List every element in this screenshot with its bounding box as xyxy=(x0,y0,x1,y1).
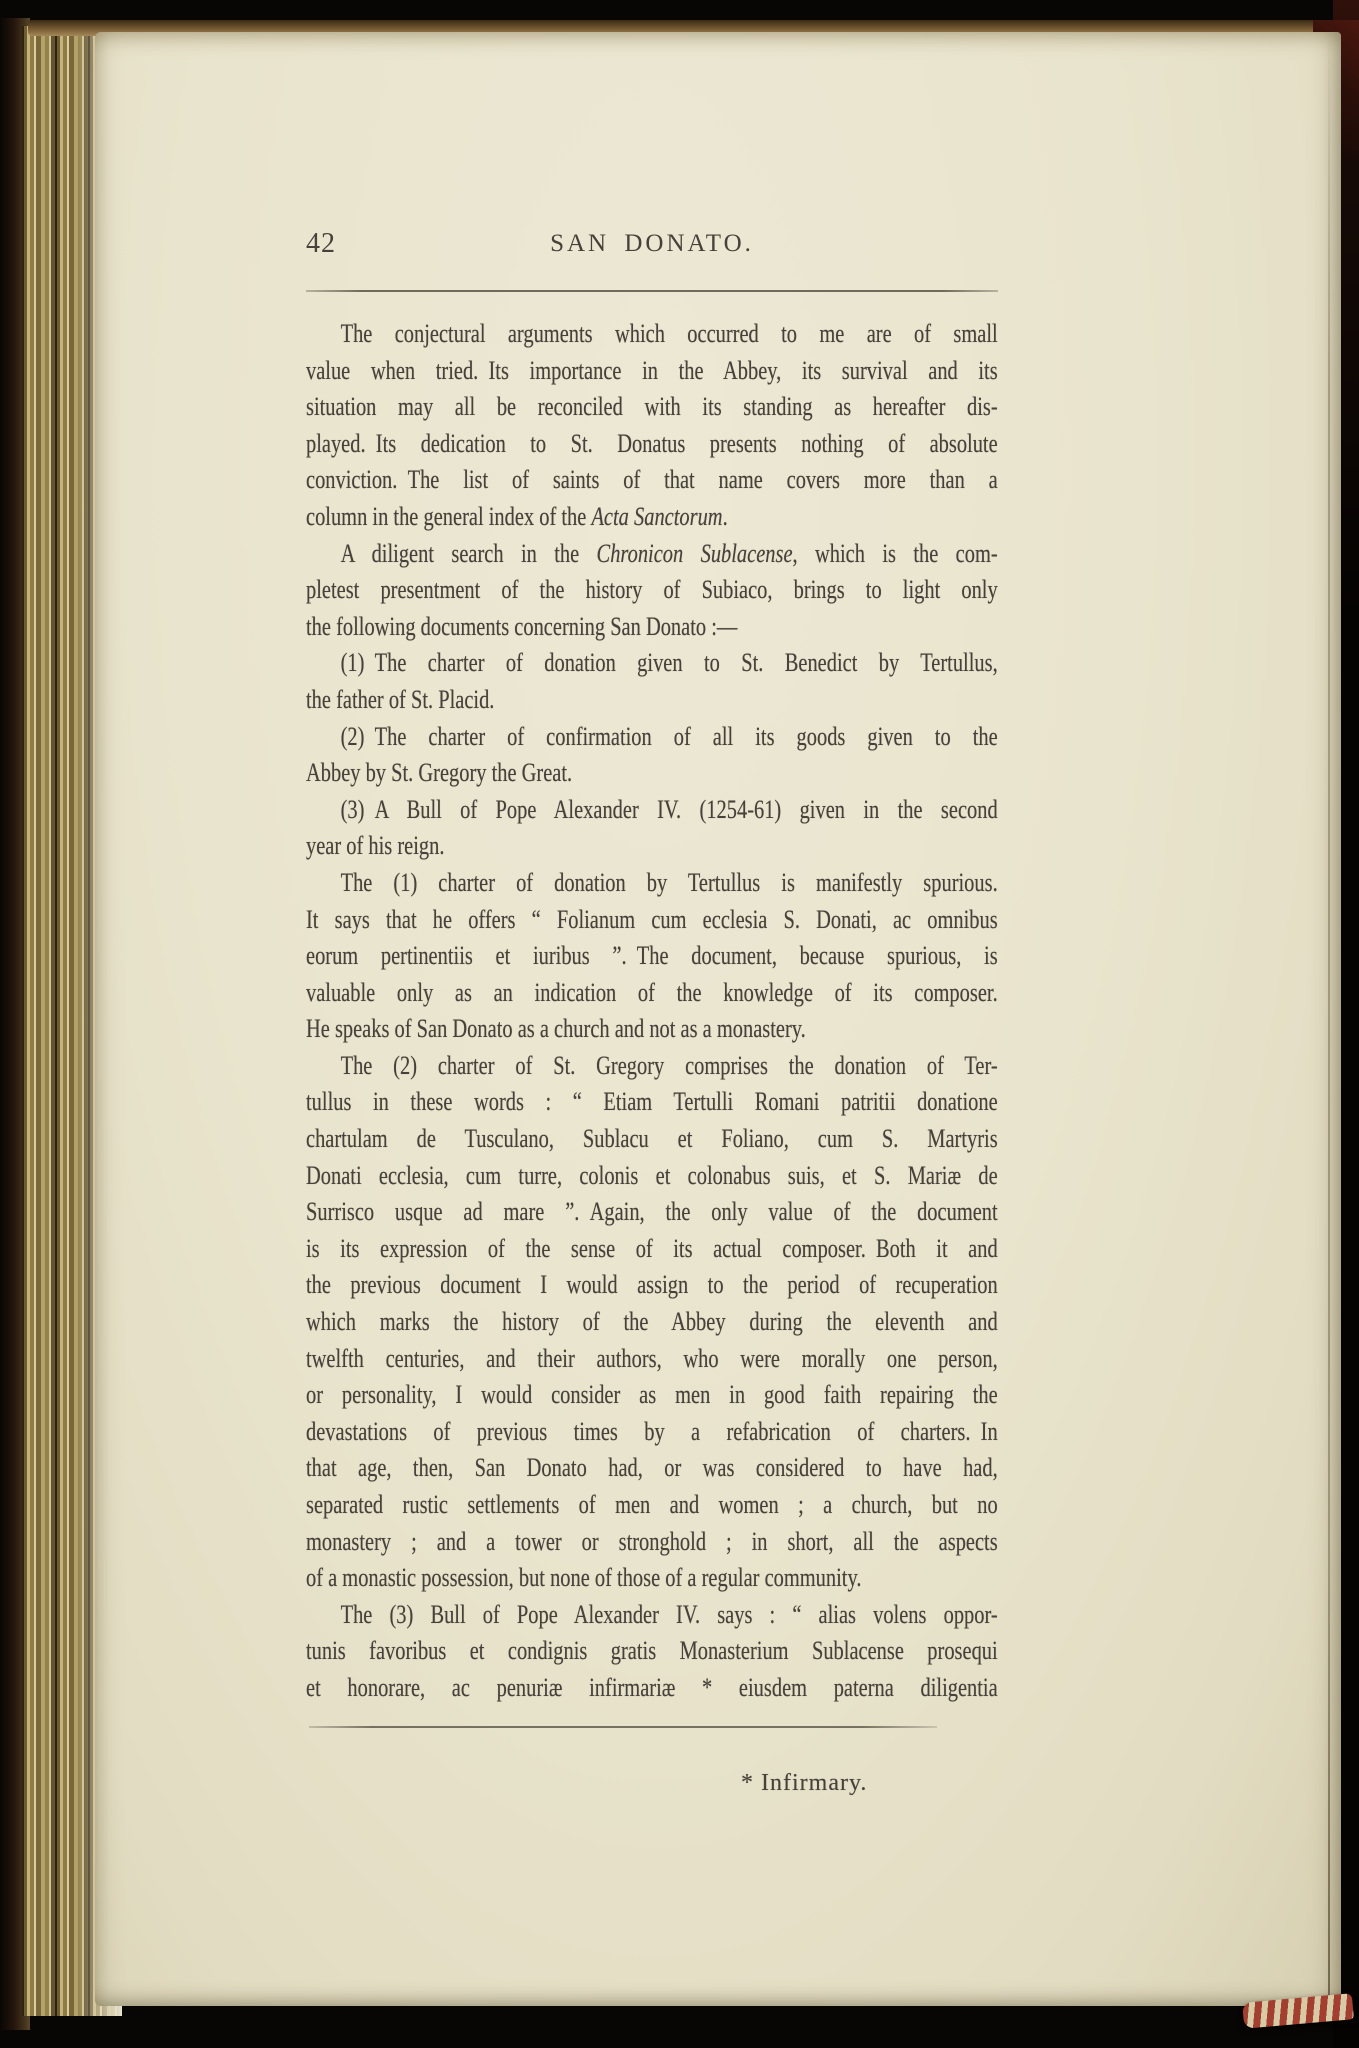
text-line: or personality, I would consider as men … xyxy=(306,1377,998,1414)
text-segment: of a monastic possession, but none of th… xyxy=(306,1563,861,1592)
text-segment: . xyxy=(723,502,728,531)
text-line: (3) A Bull of Pope Alexander IV. (1254-6… xyxy=(306,792,998,829)
text-segment: tunis favoribus et condignis gratis Mona… xyxy=(306,1636,998,1665)
text-segment: conviction. The list of saints of that n… xyxy=(306,465,998,494)
text-segment: column in the general index of the xyxy=(306,502,591,531)
text-segment: monastery ; and a tower or stronghold ; … xyxy=(306,1527,998,1556)
text-line: Surrisco usque ad mare ”. Again, the onl… xyxy=(306,1194,998,1231)
text-line: et honorare, ac penuriæ infirmariæ * eiu… xyxy=(306,1670,998,1707)
text-segment: is its expression of the sense of its ac… xyxy=(306,1234,998,1263)
text-line: which marks the history of the Abbey dur… xyxy=(306,1304,998,1341)
text-line: played. Its dedication to St. Donatus pr… xyxy=(306,426,998,463)
footnote-text: * Infirmary. xyxy=(741,1770,867,1797)
text-segment: or personality, I would consider as men … xyxy=(306,1380,998,1409)
text-line: that age, then, San Donato had, or was c… xyxy=(306,1450,998,1487)
footnote-rule xyxy=(309,1726,937,1728)
text-segment: Donati ecclesia, cum turre, colonis et c… xyxy=(306,1161,998,1190)
text-line: column in the general index of the Acta … xyxy=(306,499,998,536)
page-header: 42 SAN DONATO. xyxy=(306,228,998,264)
text-segment: He speaks of San Donato as a church and … xyxy=(306,1014,806,1043)
text-segment: valuable only as an indication of the kn… xyxy=(306,978,998,1007)
text-line: the previous document I would assign to … xyxy=(306,1267,998,1304)
text-line: Abbey by St. Gregory the Great. xyxy=(306,755,998,792)
text-line: tunis favoribus et condignis gratis Mona… xyxy=(306,1633,998,1670)
text-segment: tullus in these words : “ Etiam Tertulli… xyxy=(306,1087,998,1116)
text-segment: A diligent search in the xyxy=(341,539,597,568)
text-segment: the following documents concerning San D… xyxy=(306,612,737,641)
text-line: (2) The charter of confirmation of all i… xyxy=(306,719,998,756)
text-line: The (1) charter of donation by Tertullus… xyxy=(306,865,998,902)
text-line: Donati ecclesia, cum turre, colonis et c… xyxy=(306,1158,998,1195)
text-line: The (2) charter of St. Gregory comprises… xyxy=(306,1048,998,1085)
text-segment: (3) A Bull of Pope Alexander IV. (1254-6… xyxy=(341,795,998,824)
text-segment: value when tried. Its importance in the … xyxy=(306,356,998,385)
text-line: The (3) Bull of Pope Alexander IV. says … xyxy=(306,1597,998,1634)
text-line: chartulam de Tusculano, Sublacu et Folia… xyxy=(306,1121,998,1158)
text-line: pletest presentment of the history of Su… xyxy=(306,572,998,609)
text-segment: et honorare, ac penuriæ infirmariæ * eiu… xyxy=(306,1673,998,1702)
text-line: monastery ; and a tower or stronghold ; … xyxy=(306,1524,998,1561)
text-segment: twelfth centuries, and their authors, wh… xyxy=(306,1344,998,1373)
text-segment: Surrisco usque ad mare ”. Again, the onl… xyxy=(306,1197,998,1226)
italic-text: Acta Sanctorum xyxy=(591,502,722,531)
text-line: tullus in these words : “ Etiam Tertulli… xyxy=(306,1084,998,1121)
text-line: year of his reign. xyxy=(306,828,998,865)
text-segment: Abbey by St. Gregory the Great. xyxy=(306,758,572,787)
text-line: is its expression of the sense of its ac… xyxy=(306,1231,998,1268)
text-segment: that age, then, San Donato had, or was c… xyxy=(306,1453,998,1482)
text-segment: the father of St. Placid. xyxy=(306,685,494,714)
text-segment: which marks the history of the Abbey dur… xyxy=(306,1307,998,1336)
text-segment: The (3) Bull of Pope Alexander IV. says … xyxy=(341,1600,998,1629)
text-segment: The conjectural arguments which occurred… xyxy=(341,319,998,348)
text-line: the following documents concerning San D… xyxy=(306,609,998,646)
text-line: situation may all be reconciled with its… xyxy=(306,389,998,426)
text-segment: It says that he offers “ Folianum cum ec… xyxy=(306,905,998,934)
text-line: separated rustic settlements of men and … xyxy=(306,1487,998,1524)
text-line: value when tried. Its importance in the … xyxy=(306,353,998,390)
text-segment: year of his reign. xyxy=(306,831,444,860)
text-segment: separated rustic settlements of men and … xyxy=(306,1490,998,1519)
text-segment: chartulam de Tusculano, Sublacu et Folia… xyxy=(306,1124,998,1153)
text-line: conviction. The list of saints of that n… xyxy=(306,462,998,499)
text-segment: , which is the com- xyxy=(793,539,998,568)
text-line: It says that he offers “ Folianum cum ec… xyxy=(306,902,998,939)
text-line: A diligent search in the Chronicon Subla… xyxy=(306,536,998,573)
italic-text: Chronicon Sublacense xyxy=(597,539,793,568)
book-page: 42 SAN DONATO. The conjectural arguments… xyxy=(95,32,1341,2006)
text-line: eorum pertinentiis et iuribus ”. The doc… xyxy=(306,938,998,975)
text-segment: the previous document I would assign to … xyxy=(306,1270,998,1299)
header-rule xyxy=(306,290,998,292)
text-segment: (1) The charter of donation given to St.… xyxy=(341,648,998,677)
text-segment: The (2) charter of St. Gregory comprises… xyxy=(341,1051,998,1080)
body-lines: The conjectural arguments which occurred… xyxy=(306,316,998,1707)
text-line: The conjectural arguments which occurred… xyxy=(306,316,998,353)
text-line: He speaks of San Donato as a church and … xyxy=(306,1011,998,1048)
text-segment: pletest presentment of the history of Su… xyxy=(306,575,998,604)
text-segment: (2) The charter of confirmation of all i… xyxy=(341,722,998,751)
text-segment: eorum pertinentiis et iuribus ”. The doc… xyxy=(306,941,998,970)
text-line: of a monastic possession, but none of th… xyxy=(306,1560,998,1597)
text-segment: The (1) charter of donation by Tertullus… xyxy=(341,868,998,897)
running-title: SAN DONATO. xyxy=(306,230,998,258)
text-line: devastations of previous times by a refa… xyxy=(306,1414,998,1451)
text-line: valuable only as an indication of the kn… xyxy=(306,975,998,1012)
text-segment: devastations of previous times by a refa… xyxy=(306,1417,998,1446)
text-line: (1) The charter of donation given to St.… xyxy=(306,645,998,682)
text-segment: situation may all be reconciled with its… xyxy=(306,392,998,421)
text-line: the father of St. Placid. xyxy=(306,682,998,719)
text-segment: played. Its dedication to St. Donatus pr… xyxy=(306,429,998,458)
text-line: twelfth centuries, and their authors, wh… xyxy=(306,1341,998,1378)
